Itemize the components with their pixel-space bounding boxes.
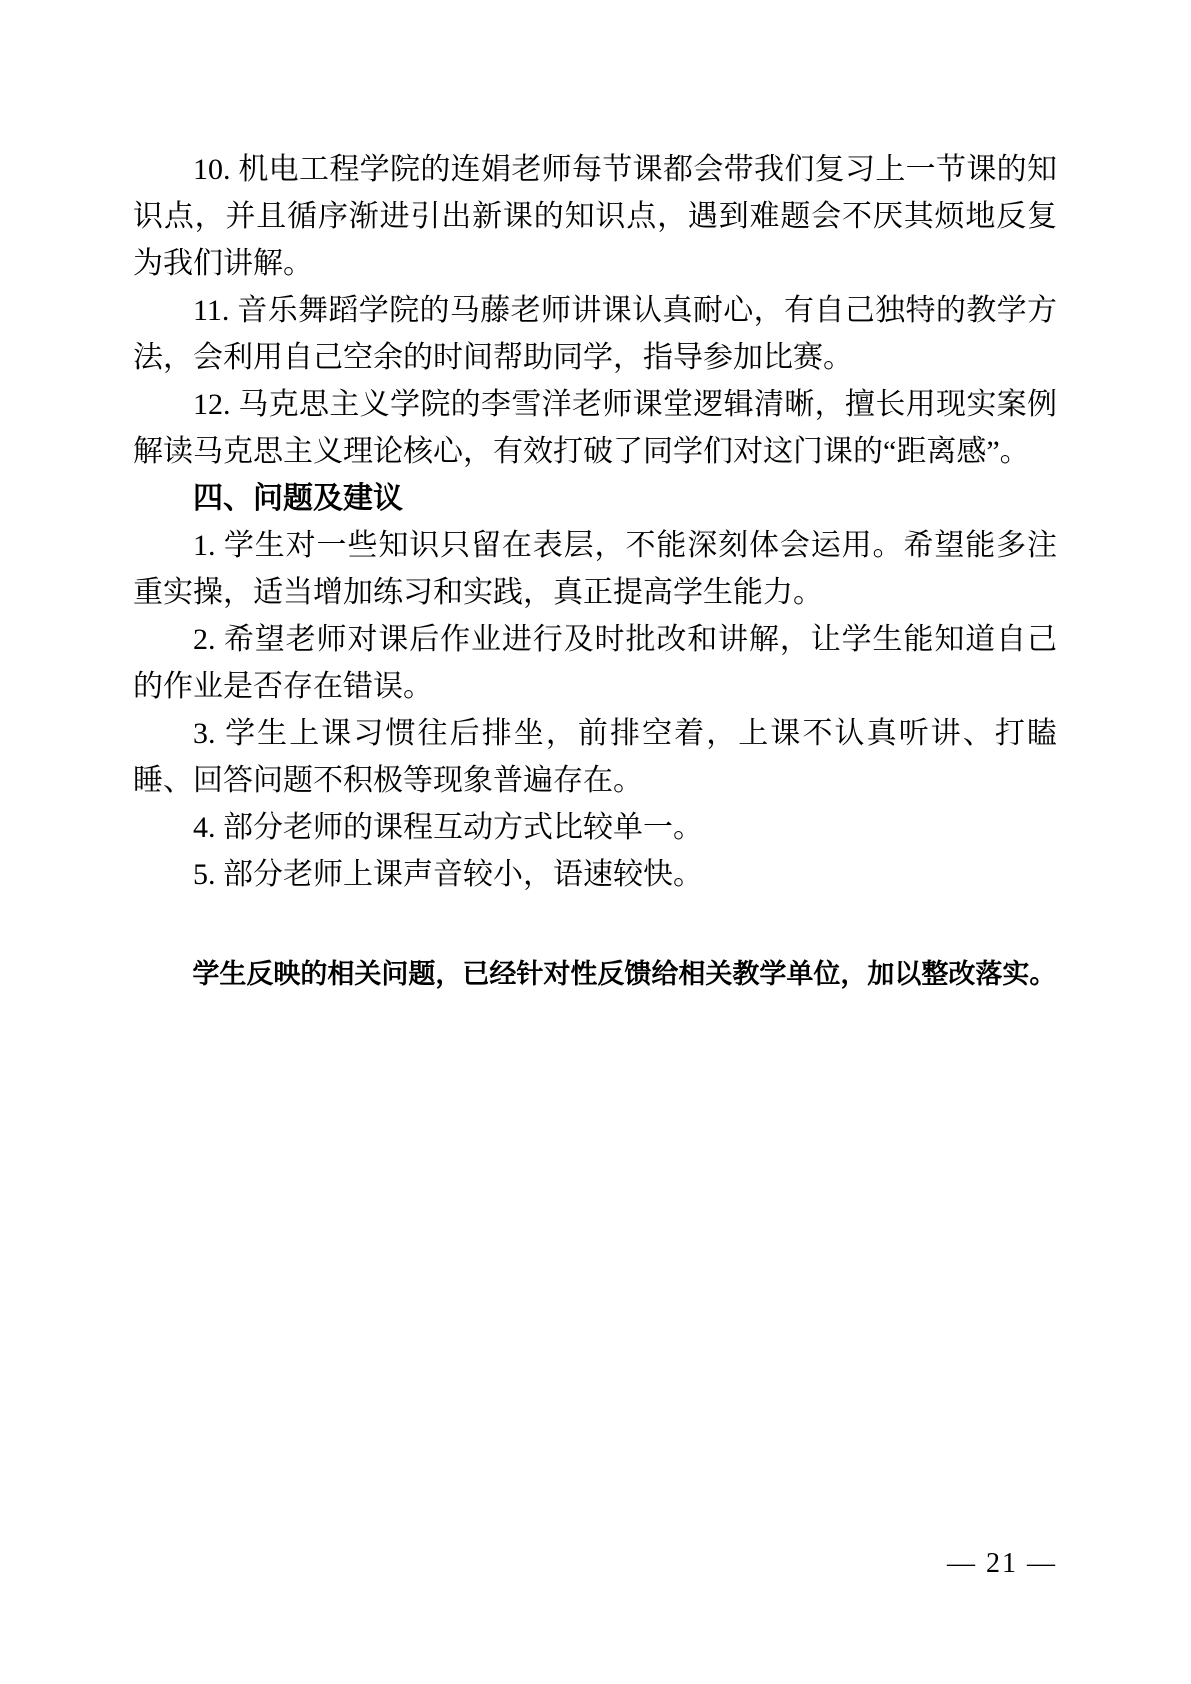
suggestion-item-5: 5. 部分老师上课声音较小，语速较快。 [133,851,1057,898]
suggestion-item-1: 1. 学生对一些知识只留在表层，不能深刻体会运用。希望能多注重实操，适当增加练习… [133,522,1057,616]
page-number: — 21 — [133,1548,1057,1580]
suggestion-item-2: 2. 希望老师对课后作业进行及时批改和讲解，让学生能知道自己的作业是否存在错误。 [133,616,1057,710]
section-heading-problems-suggestions: 四、问题及建议 [133,475,1057,522]
suggestion-item-3: 3. 学生上课习惯往后排坐，前排空着，上课不认真听讲、打瞌睡、回答问题不积极等现… [133,710,1057,804]
paragraph-11: 11. 音乐舞蹈学院的马藤老师讲课认真耐心，有自己独特的教学方法，会利用自己空余… [133,287,1057,381]
document-body: 10. 机电工程学院的连娟老师每节课都会带我们复习上一节课的知识点，并且循序渐进… [133,146,1057,994]
suggestion-item-4: 4. 部分老师的课程互动方式比较单一。 [133,804,1057,851]
paragraph-12: 12. 马克思主义学院的李雪洋老师课堂逻辑清晰，擅长用现实案例解读马克思主义理论… [133,381,1057,475]
conclusion-paragraph: 学生反映的相关问题，已经针对性反馈给相关教学单位，加以整改落实。 [133,954,1057,994]
paragraph-10: 10. 机电工程学院的连娟老师每节课都会带我们复习上一节课的知识点，并且循序渐进… [133,146,1057,287]
document-page: 10. 机电工程学院的连娟老师每节课都会带我们复习上一节课的知识点，并且循序渐进… [0,0,1191,1684]
